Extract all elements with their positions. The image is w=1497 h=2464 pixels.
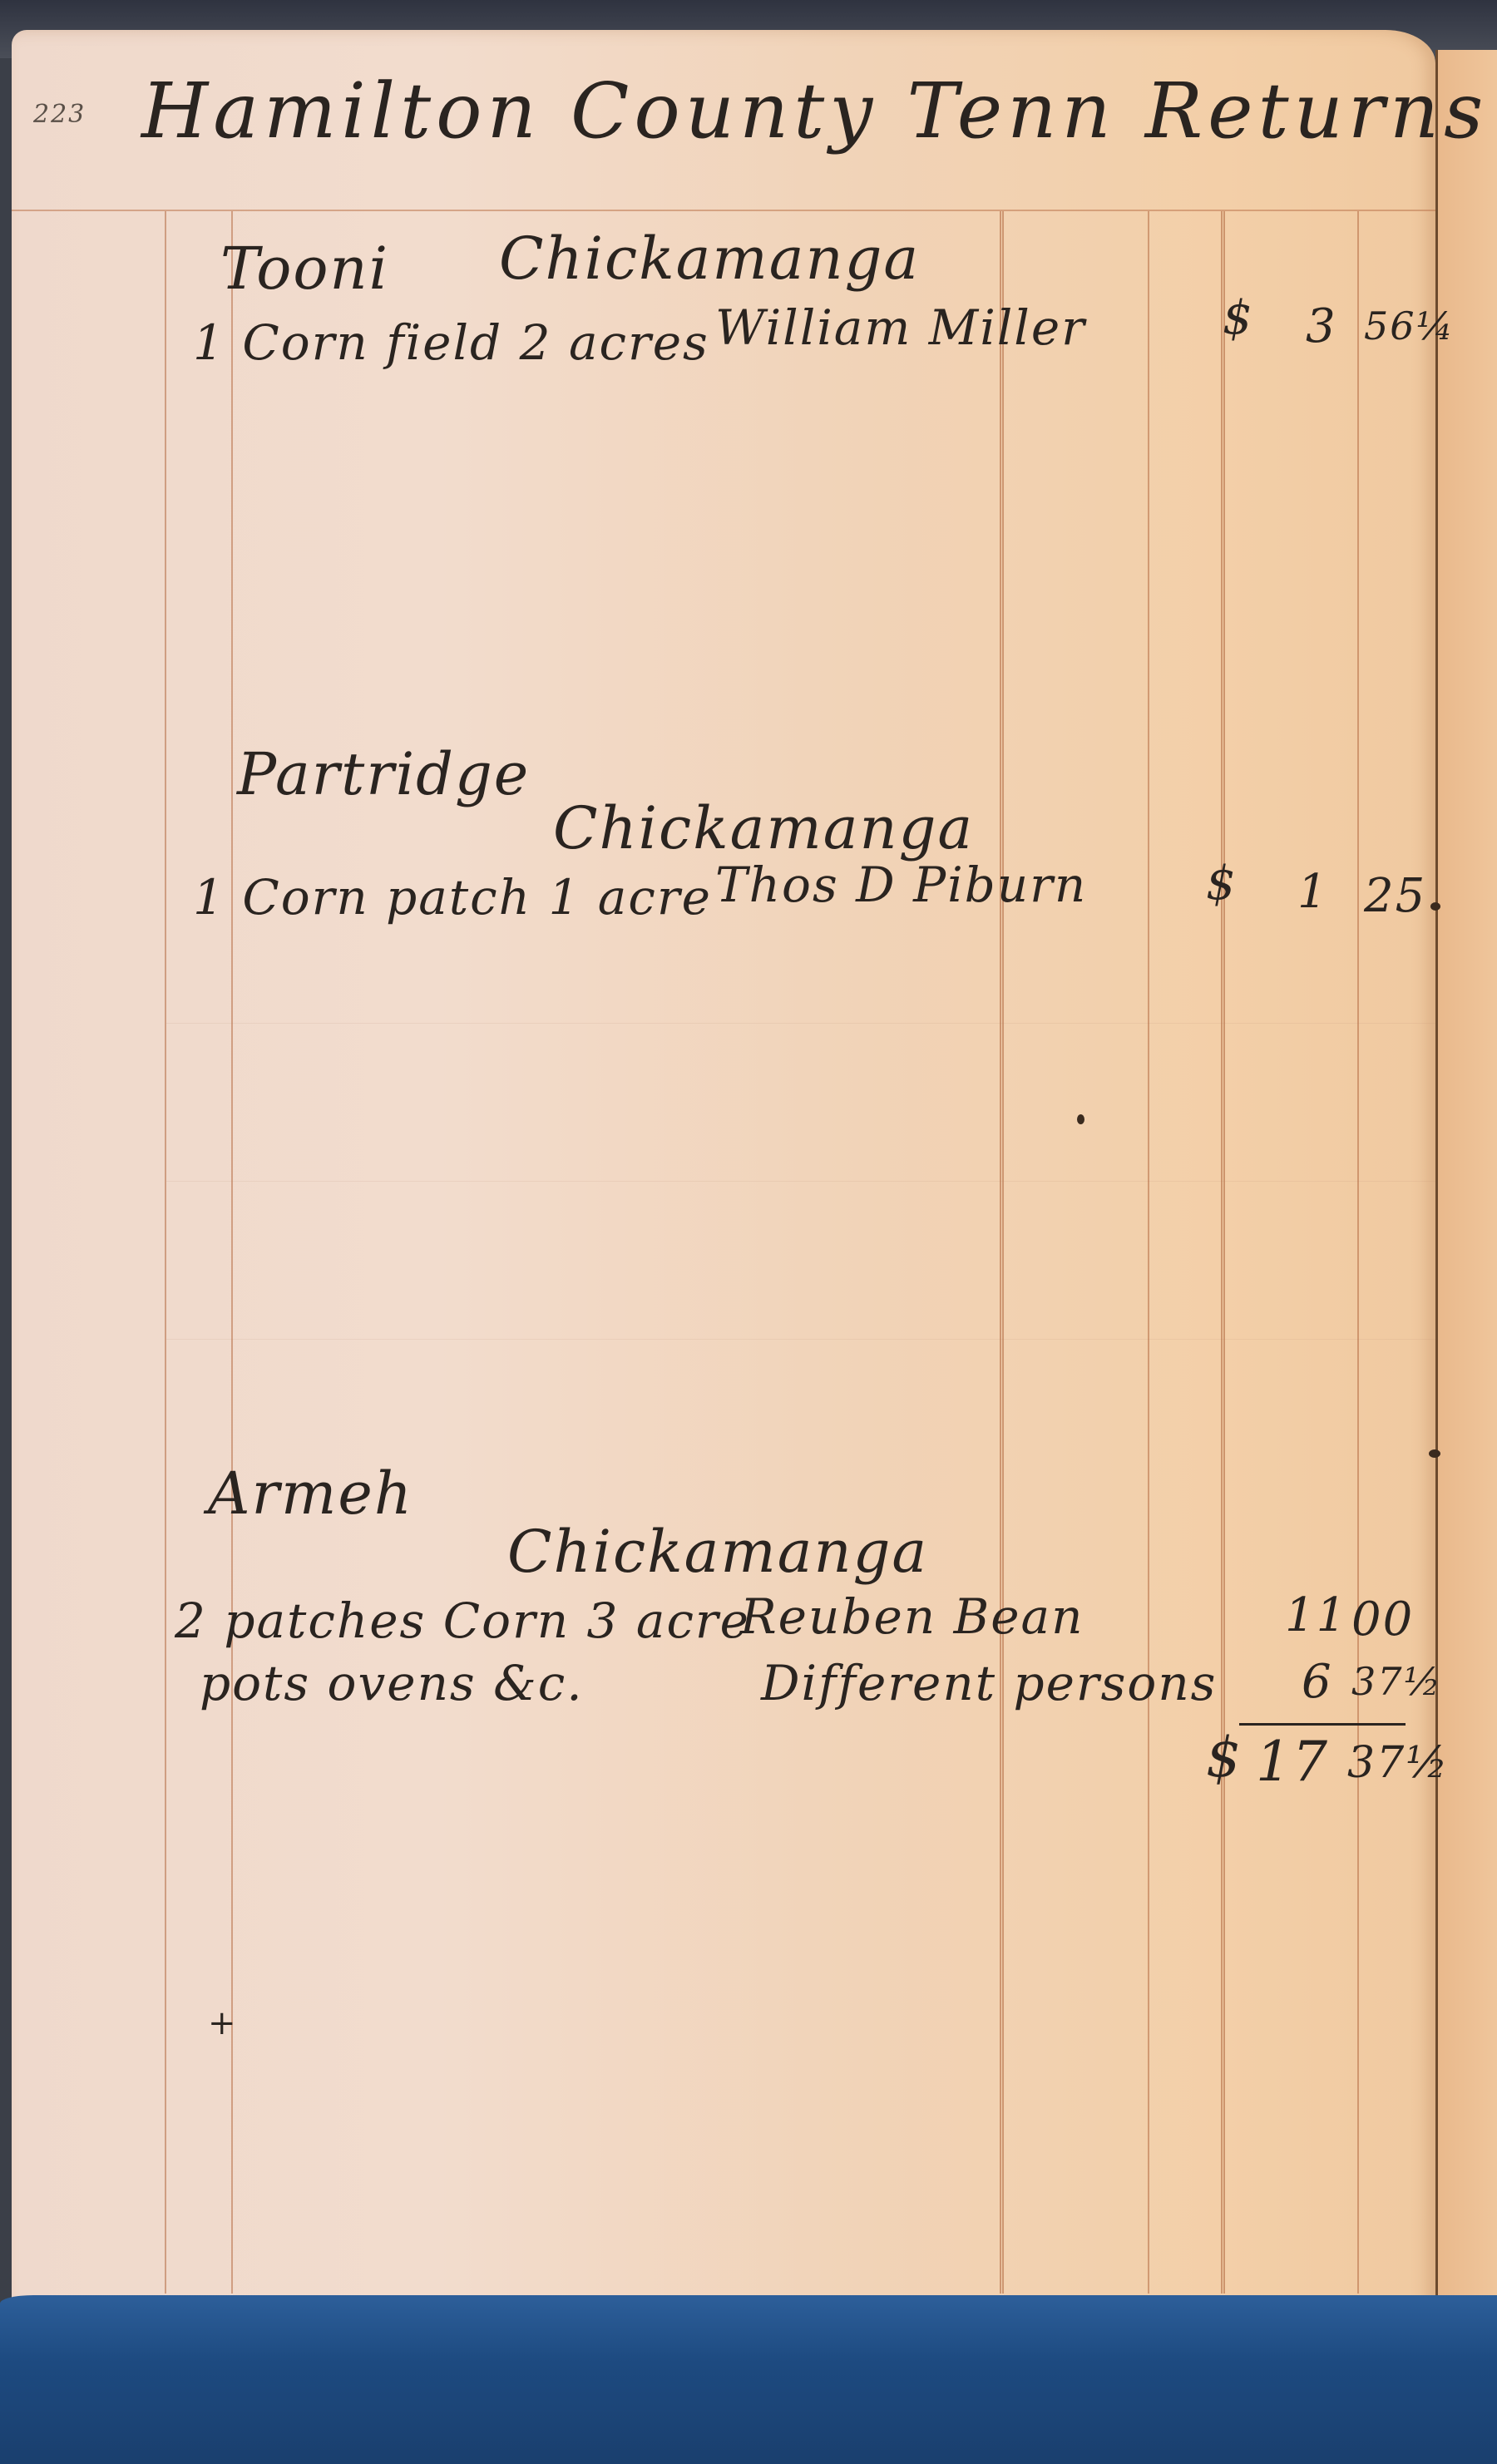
- amount-cents: 56¼: [1364, 304, 1455, 348]
- folio-number: 223: [33, 100, 86, 129]
- entry-owner: Thos D Piburn: [715, 857, 1087, 913]
- entry-district: Chickamanga: [499, 225, 920, 293]
- faint-ruling: [166, 1023, 1435, 1024]
- entry-district: Chickamanga: [507, 1518, 928, 1586]
- entry-place: Partridge: [237, 740, 530, 808]
- column-rule-owner: [1000, 211, 1004, 2294]
- entry-owner: Different persons: [761, 1655, 1217, 1711]
- faint-ruling: [166, 1339, 1435, 1340]
- total-dollars: 17: [1256, 1730, 1329, 1794]
- entry-owner: Reuben Bean: [740, 1588, 1084, 1645]
- ink-spot: [1430, 902, 1440, 911]
- amount-dollars: 3: [1306, 299, 1337, 353]
- amount-cents: 25: [1364, 869, 1426, 923]
- column-rule-dollars: [1221, 211, 1225, 2294]
- facing-page-edge: [1435, 50, 1497, 2328]
- column-rule-cents: [1357, 211, 1359, 2294]
- amount-cents: 00: [1351, 1592, 1414, 1647]
- amount-dollars: 11: [1285, 1588, 1347, 1642]
- entry-description: pots ovens &c.: [200, 1655, 584, 1711]
- currency-symbol: $: [1206, 1726, 1243, 1790]
- amount-dollars: 6: [1302, 1655, 1333, 1709]
- entry-district: Chickamanga: [553, 794, 974, 862]
- ink-spot: [1429, 1449, 1440, 1458]
- page-title: Hamilton County Tenn Returns 1838: [141, 67, 1497, 156]
- amount-cents: 37½: [1351, 1659, 1442, 1704]
- entry-description: 2 patches Corn 3 acre: [175, 1592, 750, 1649]
- amount-dollars: 1: [1297, 865, 1329, 919]
- entry-owner: William Miller: [715, 299, 1086, 356]
- margin-rule-outer: [165, 211, 166, 2294]
- margin-rule-inner: [231, 211, 233, 2294]
- column-rule-currency: [1148, 211, 1149, 2294]
- currency-symbol: $: [1223, 291, 1254, 345]
- entry-place: Tooni: [220, 235, 389, 303]
- currency-symbol: $: [1206, 857, 1238, 911]
- entry-description: 1 Corn field 2 acres: [193, 314, 709, 371]
- entry-description: 1 Corn patch 1 acre: [193, 869, 712, 926]
- ink-spot: [1077, 1114, 1084, 1124]
- entry-place: Armeh: [208, 1459, 413, 1528]
- sum-rule: [1239, 1723, 1406, 1726]
- total-cents: 37½: [1347, 1738, 1450, 1788]
- book-cloth-bottom: [0, 2295, 1497, 2464]
- stray-mark: +: [208, 2004, 238, 2042]
- faint-ruling: [166, 1181, 1435, 1182]
